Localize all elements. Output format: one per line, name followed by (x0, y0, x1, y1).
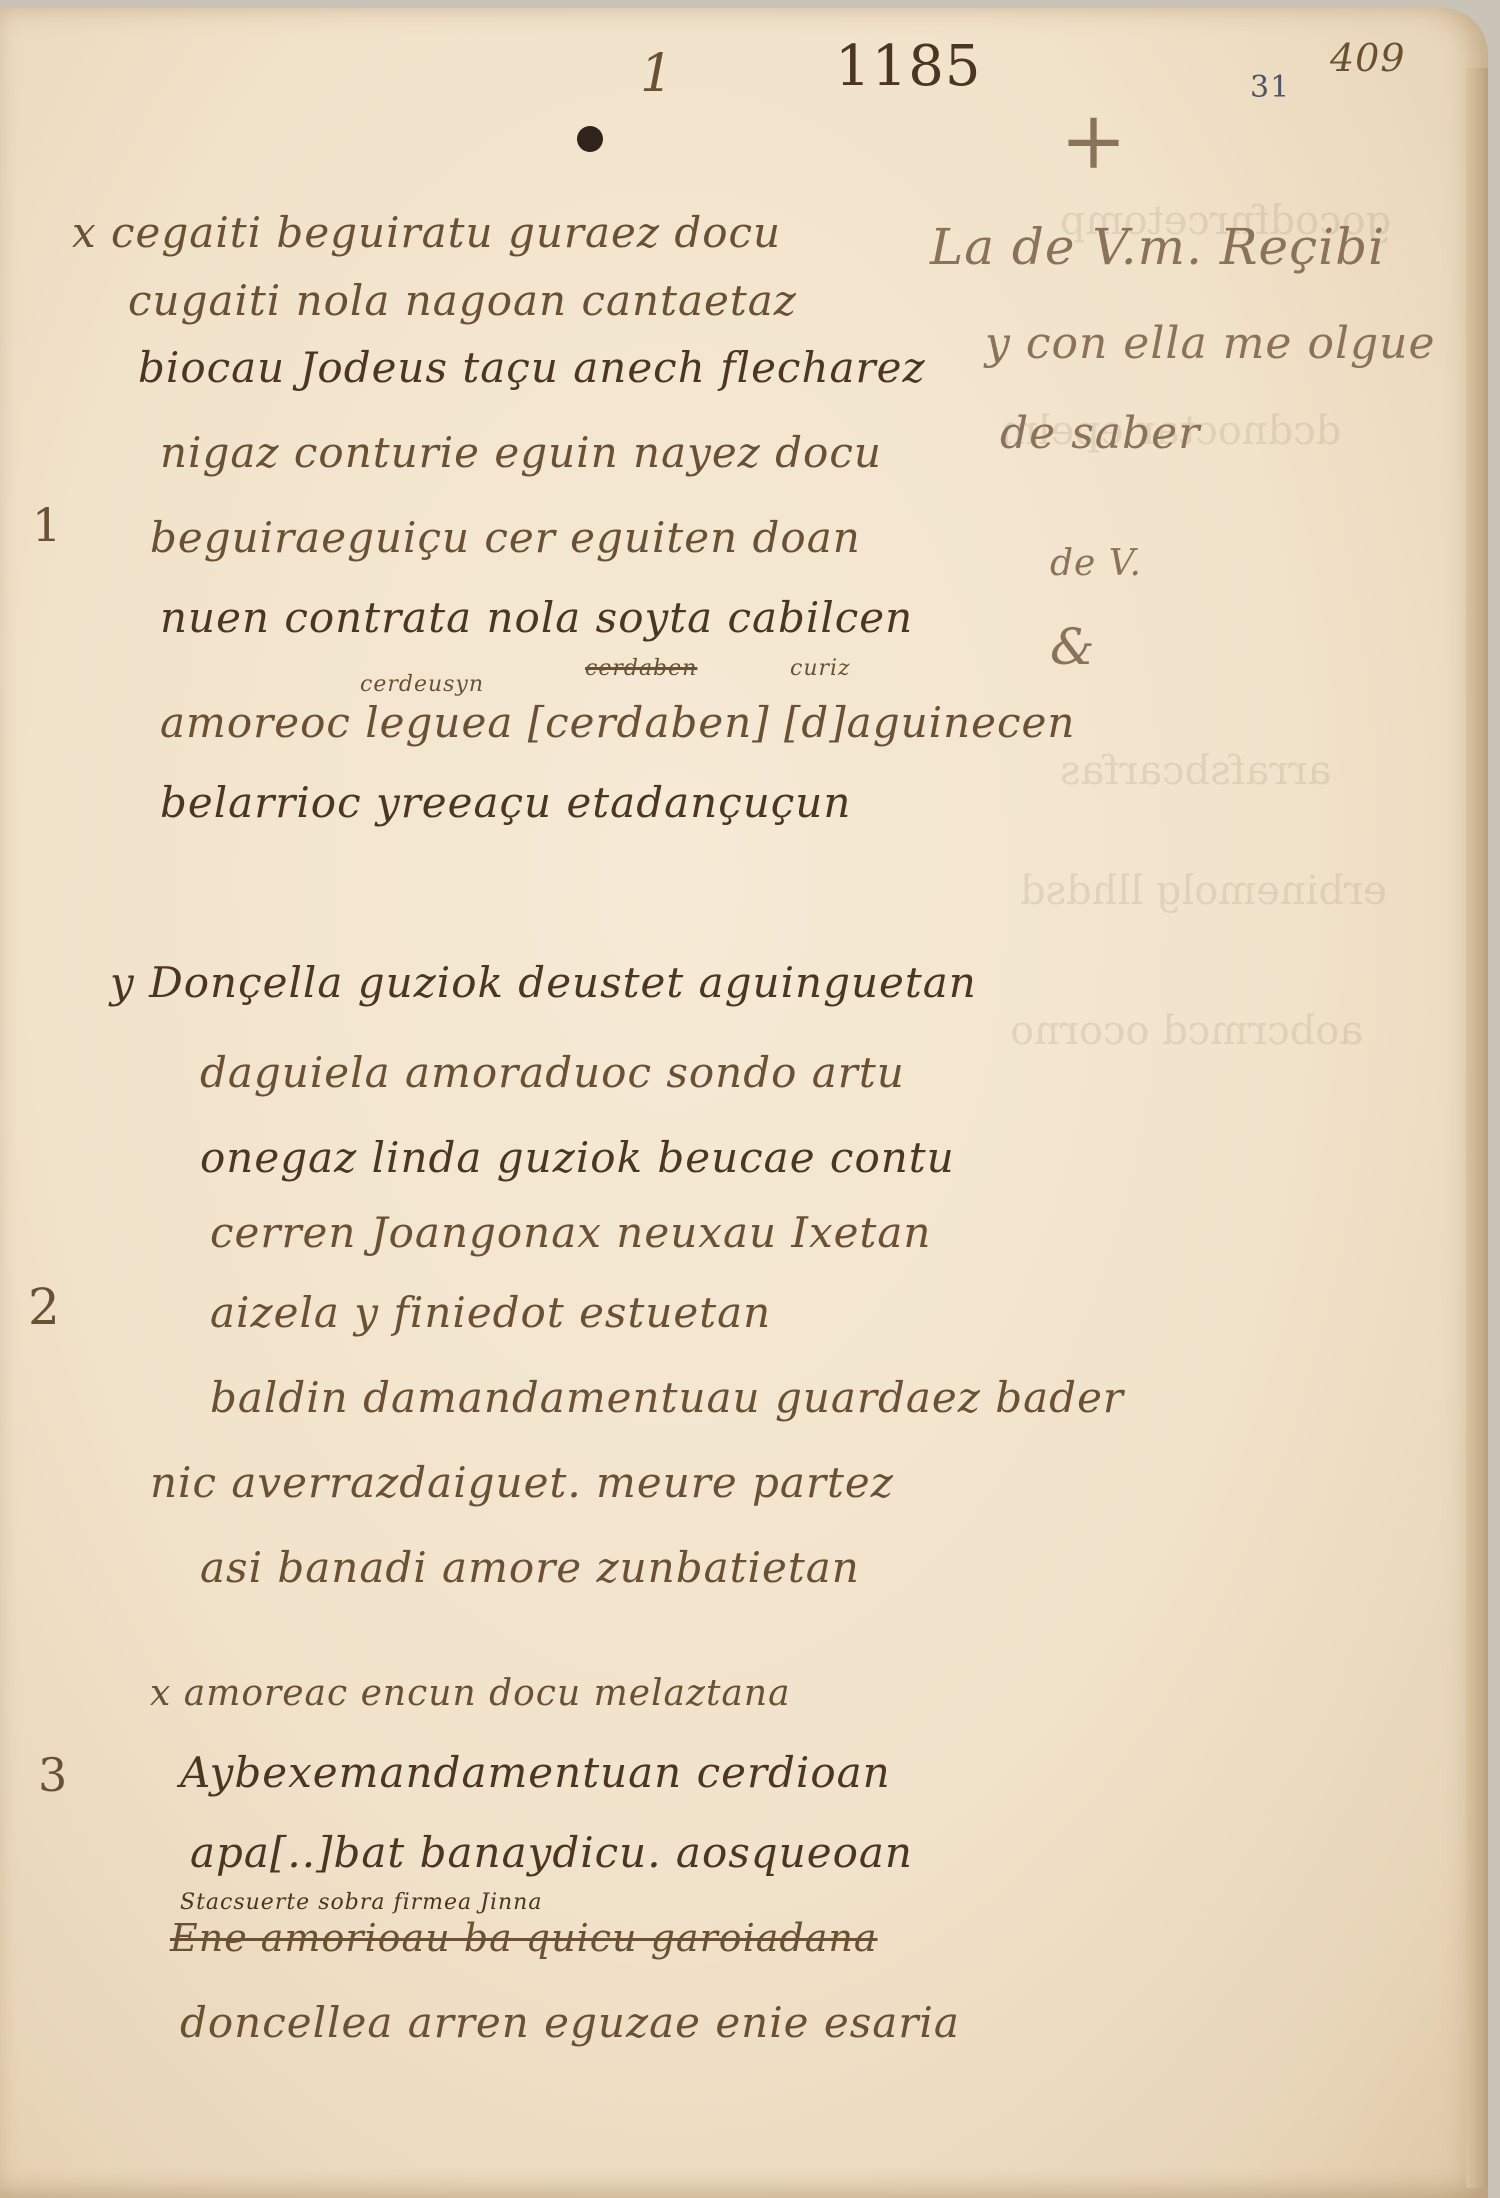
verse-line: belarrioc yreeaçu etadançuçun (160, 778, 851, 827)
manuscript-page: gocodfnrcetomp dcdnoctar epelm arrafsbca… (0, 8, 1488, 2198)
folio-mark: 1 (640, 44, 674, 104)
verse-line: nic averrazdaiguet. meure partez (150, 1458, 894, 1507)
verse-line: Aybexemandamentuan cerdioan (180, 1748, 891, 1797)
interlinear-struck-word: cerdaben (585, 656, 697, 681)
interlinear-correction: Stacsuerte sobra firmea Jinna (180, 1890, 542, 1915)
catalog-number: 1185 (835, 34, 982, 99)
marginal-note-line: La de V.m. Reçibi (930, 218, 1385, 276)
struck-verse-line: Ene amorioau ba quicu garoiadana (170, 1916, 878, 1960)
interlinear-correction: cerdeusyn (360, 672, 484, 697)
verse-line: nigaz conturie eguin nayez docu (160, 428, 882, 477)
stanza-number: 1 (32, 498, 62, 552)
verse-line: x cegaiti beguiratu guraez docu (72, 208, 781, 257)
corner-number: 409 (1330, 36, 1406, 80)
stanza-number: 3 (38, 1748, 68, 1802)
verse-line: doncellea arren eguzae enie esaria (180, 1998, 960, 2047)
verse-line: daguiela amoraduoc sondo artu (200, 1048, 905, 1097)
marginal-note-line: & (1050, 618, 1096, 676)
verse-line: aizela y finiedot estuetan (210, 1288, 771, 1337)
verse-line: x amoreac encun docu melaztana (150, 1673, 791, 1714)
bleed-through-text: erbinemolg llhdsd (1020, 868, 1387, 914)
stanza-number: 2 (28, 1278, 61, 1336)
marginal-note-line: de V. (1050, 543, 1142, 584)
verse-line: baldin damandamentuau guardaez bader (210, 1373, 1124, 1422)
bleed-through-text: aobcrmcd ocorno (1010, 1008, 1363, 1054)
verse-line: cugaiti nola nagoan cantaetaz (128, 276, 797, 325)
verse-line: nuen contrata nola soyta cabilcen (160, 593, 913, 642)
pencil-folio-number: 31 (1250, 70, 1290, 105)
verse-line: apa[..]bat banaydicu. aosqueoan (190, 1828, 913, 1877)
verse-line: beguiraeguiçu cer eguiten doan (150, 513, 861, 562)
verse-line: onegaz linda guziok beucae contu (200, 1133, 955, 1182)
verse-line: amoreoc leguea [cerdaben] [d]aguinecen (160, 698, 1075, 747)
bleed-through-text: arrafsbcarfas (1060, 748, 1331, 794)
interlinear-correction: curiz (790, 656, 851, 681)
verse-line: y Donçella guziok deustet aguinguetan (110, 958, 977, 1007)
marginal-note-line: y con ella me olgue (985, 318, 1436, 369)
page-edge (1466, 68, 1488, 2188)
verse-line: biocau Jodeus taçu anech flecharez (138, 343, 926, 392)
verse-line: asi banadi amore zunbatietan (200, 1543, 860, 1592)
marginal-note-line: de saber (1000, 408, 1200, 459)
cross-mark: + (1060, 94, 1128, 187)
ink-blot (577, 126, 603, 152)
verse-line: cerren Joangonax neuxau Ixetan (210, 1208, 931, 1257)
